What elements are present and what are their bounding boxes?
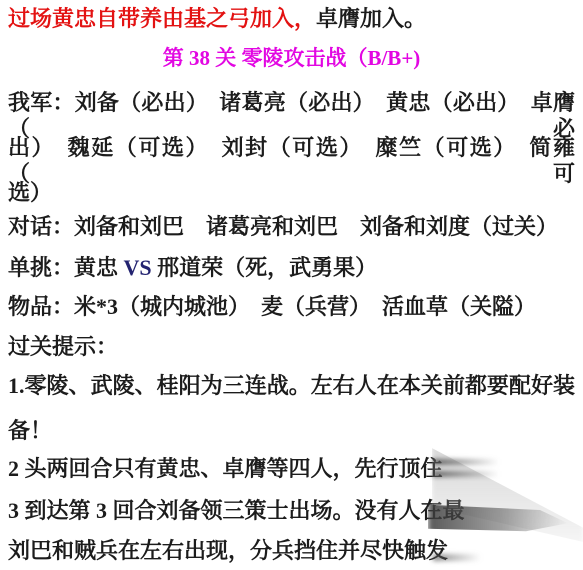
- items-line: 物品：米*3（城内城池） 麦（兵营） 活血草（关隘）: [8, 294, 575, 320]
- tip3-line-1: 3 到达第 3 回合刘备领三策士出场。没有人在最: [8, 498, 575, 524]
- tip3-line-2: 刘巴和贼兵在左右出现，分兵挡住并尽快触发: [8, 538, 575, 564]
- document-page: 过场黄忠自带养由基之弓加入，卓膺加入。 第 38 关 零陵攻击战（B/B+) 我…: [0, 0, 583, 570]
- duel-vs-text: VS: [124, 255, 152, 280]
- dialog-line: 对话：刘备和刘巴 诸葛亮和刘巴 刘备和刘度（过关）: [8, 214, 575, 240]
- tips-header: 过关提示：: [8, 334, 575, 360]
- tip1-line-2: 备！: [8, 418, 575, 444]
- intro-black-text: 卓膺加入。: [316, 6, 426, 31]
- tip2-line: 2 头两回合只有黄忠、卓膺等四人，先行顶住: [8, 456, 575, 482]
- tip1-line-1: 1.零陵、武陵、桂阳为三连战。左右人在本关前都要配好装: [8, 373, 575, 399]
- duel-post-text: 邢道荣（死，武勇果）: [152, 255, 378, 280]
- duel-pre-text: 单挑：黄忠: [8, 255, 124, 280]
- intro-line: 过场黄忠自带养由基之弓加入，卓膺加入。: [8, 6, 575, 32]
- army-line-3: 选）: [8, 180, 575, 206]
- stage-title: 第 38 关 零陵攻击战（B/B+): [0, 46, 583, 71]
- duel-line: 单挑：黄忠 VS 邢道荣（死，武勇果）: [8, 255, 575, 281]
- intro-red-text: 过场黄忠自带养由基之弓加入，: [8, 6, 316, 31]
